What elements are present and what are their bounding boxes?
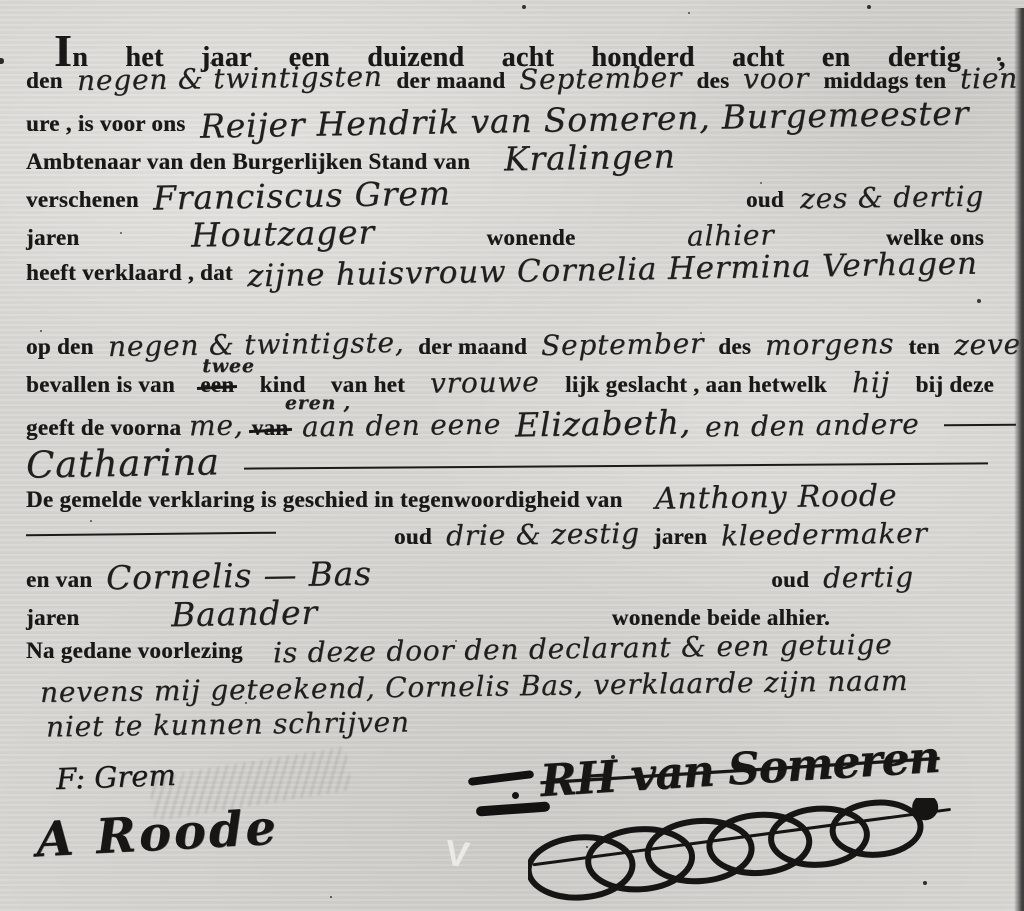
text-line: Catharina bbox=[0, 442, 1024, 480]
handwritten-segment: zijne huisvrouw Cornelia Hermina Verhage… bbox=[247, 246, 978, 295]
printed-segment: bevallen is van bbox=[26, 372, 175, 398]
record-lines: In het jaar een duizend acht honderd ach… bbox=[0, 24, 1024, 746]
text-line: jarenBaanderwonende beide alhier. bbox=[0, 594, 1024, 632]
handwritten-segment: Kralingen bbox=[504, 137, 676, 179]
printed-segment: op den bbox=[26, 334, 94, 360]
signature-flourish bbox=[528, 798, 960, 910]
printed-segment: en van bbox=[26, 567, 92, 593]
handwritten-segment: Elizabeth, bbox=[515, 402, 692, 444]
handwritten-segment: Anthony Roode bbox=[654, 478, 897, 516]
printed-segment: kinderen , bbox=[260, 372, 306, 398]
handwritten-segment: aan den eene bbox=[302, 408, 502, 444]
printed-segment: des bbox=[696, 68, 729, 94]
handwritten-segment: negen & twintigste, bbox=[107, 326, 404, 363]
printed-segment: Na gedane voorlezing bbox=[26, 638, 243, 664]
text-line: verschenenFranciscus Gremoudzes & dertig bbox=[0, 176, 1024, 214]
scanned-birth-record-page: In het jaar een duizend acht honderd ach… bbox=[0, 0, 1024, 911]
text-line: en vanCornelis — Basouddertig bbox=[0, 556, 1024, 594]
handwritten-segment: Franciscus Grem bbox=[153, 173, 451, 217]
handwritten-segment: hij bbox=[852, 366, 891, 400]
text-line: ure , is voor onsReijer Hendrik van Some… bbox=[0, 100, 1024, 138]
record-text-block: In het jaar een duizend acht honderd ach… bbox=[0, 0, 1024, 911]
handwritten-segment: kleedermaker bbox=[721, 517, 928, 553]
printed-segment: van bbox=[252, 415, 289, 441]
printed-segment: den bbox=[26, 68, 63, 94]
printed-segment: oud bbox=[394, 524, 432, 550]
handwritten-segment: nevens mij geteekend, Cornelis Bas, verk… bbox=[40, 664, 909, 709]
printed-segment: wonende bbox=[486, 225, 575, 251]
ink-rule bbox=[26, 532, 276, 537]
printed-segment: der maand bbox=[418, 334, 527, 360]
handwritten-segment: September bbox=[541, 327, 705, 362]
printed-segment: oud bbox=[746, 187, 784, 213]
handwritten-segment: en den andere bbox=[705, 408, 920, 444]
printed-segment: bij deze bbox=[916, 372, 994, 398]
printed-segment: ure , is voor ons bbox=[26, 111, 186, 137]
printed-segment: De gemelde verklaring is geschied in teg… bbox=[26, 487, 623, 513]
handwritten-segment: Cornelis — Bas bbox=[106, 554, 372, 598]
printed-segment: van het bbox=[331, 372, 405, 398]
printed-segment: jaren bbox=[26, 605, 79, 631]
handwritten-segment: drie & zestig bbox=[446, 517, 640, 553]
signature-block: F: Grem A Roode RH van Someren bbox=[0, 748, 1024, 911]
handwritten-segment: tien bbox=[960, 62, 1018, 96]
printed-segment: jaren bbox=[654, 524, 707, 550]
printed-segment: heeft verklaard , dat bbox=[26, 260, 233, 286]
text-line: In het jaar een duizend acht honderd ach… bbox=[0, 24, 1024, 62]
printed-segment: Ambtenaar van den Burgerlijken Stand van bbox=[26, 149, 470, 175]
text-line: De gemelde verklaring is geschied in teg… bbox=[0, 480, 1024, 518]
printed-segment: middags ten bbox=[823, 68, 946, 94]
printed-segment: der maand bbox=[396, 68, 505, 94]
printed-segment: wonende beide alhier. bbox=[612, 605, 830, 631]
text-line: Ambtenaar van den Burgerlijken Stand van… bbox=[0, 138, 1024, 176]
text-line: nevens mij geteekend, Cornelis Bas, verk… bbox=[0, 670, 1024, 708]
printed-segment: eentwee bbox=[200, 372, 234, 398]
ink-rule bbox=[244, 462, 988, 469]
handwritten-segment: vrouwe bbox=[430, 365, 540, 400]
handwritten-segment: voor bbox=[743, 62, 810, 96]
handwritten-segment: Houtzager bbox=[191, 212, 376, 254]
ink-rule bbox=[944, 424, 1016, 427]
text-line: jarenHoutzagerwonendealhierwelke ons bbox=[0, 214, 1024, 252]
text-line: op dennegen & twintigste,der maandSeptem… bbox=[0, 328, 1024, 366]
handwritten-correction-above: twee bbox=[202, 355, 255, 377]
printed-segment: lijk geslacht , aan hetwelk bbox=[565, 372, 827, 398]
handwritten-segment: me, bbox=[189, 409, 244, 443]
printed-segment: des bbox=[718, 334, 751, 360]
text-line: ouddrie & zestigjarenkleedermaker bbox=[0, 518, 1024, 556]
printed-segment: jaren bbox=[26, 225, 79, 251]
text-line: heeft verklaard , datzijne huisvrouw Cor… bbox=[0, 252, 1024, 290]
printed-segment: oud bbox=[771, 567, 809, 593]
ink-dot bbox=[512, 792, 519, 799]
handwritten-segment: niet te kunnen schrijven bbox=[46, 705, 410, 743]
text-line: geeft de voorname,vanaan den eeneElizabe… bbox=[0, 404, 1024, 442]
handwritten-segment: dertig bbox=[823, 560, 914, 594]
handwritten-segment: alhier bbox=[687, 218, 775, 252]
handwritten-segment: September bbox=[519, 61, 683, 96]
text-line: bevallen is vaneentweekinderen ,van hetv… bbox=[0, 366, 1024, 404]
handwritten-segment: negen & twintigsten bbox=[76, 60, 382, 97]
printed-segment: ten bbox=[908, 334, 940, 360]
printed-segment: verschenen bbox=[26, 187, 139, 213]
handwritten-segment: is deze door den declarant & een getuige bbox=[273, 628, 893, 670]
paper-specks bbox=[0, 0, 2, 2]
ink-stroke bbox=[468, 770, 534, 786]
printed-segment: geeft de voorna bbox=[26, 415, 181, 441]
handwritten-segment: morgens bbox=[765, 327, 895, 362]
scan-edge-shadow bbox=[1014, 8, 1024, 911]
handwritten-segment: Baander bbox=[171, 593, 319, 635]
handwritten-segment: zes & dertig bbox=[800, 180, 984, 216]
